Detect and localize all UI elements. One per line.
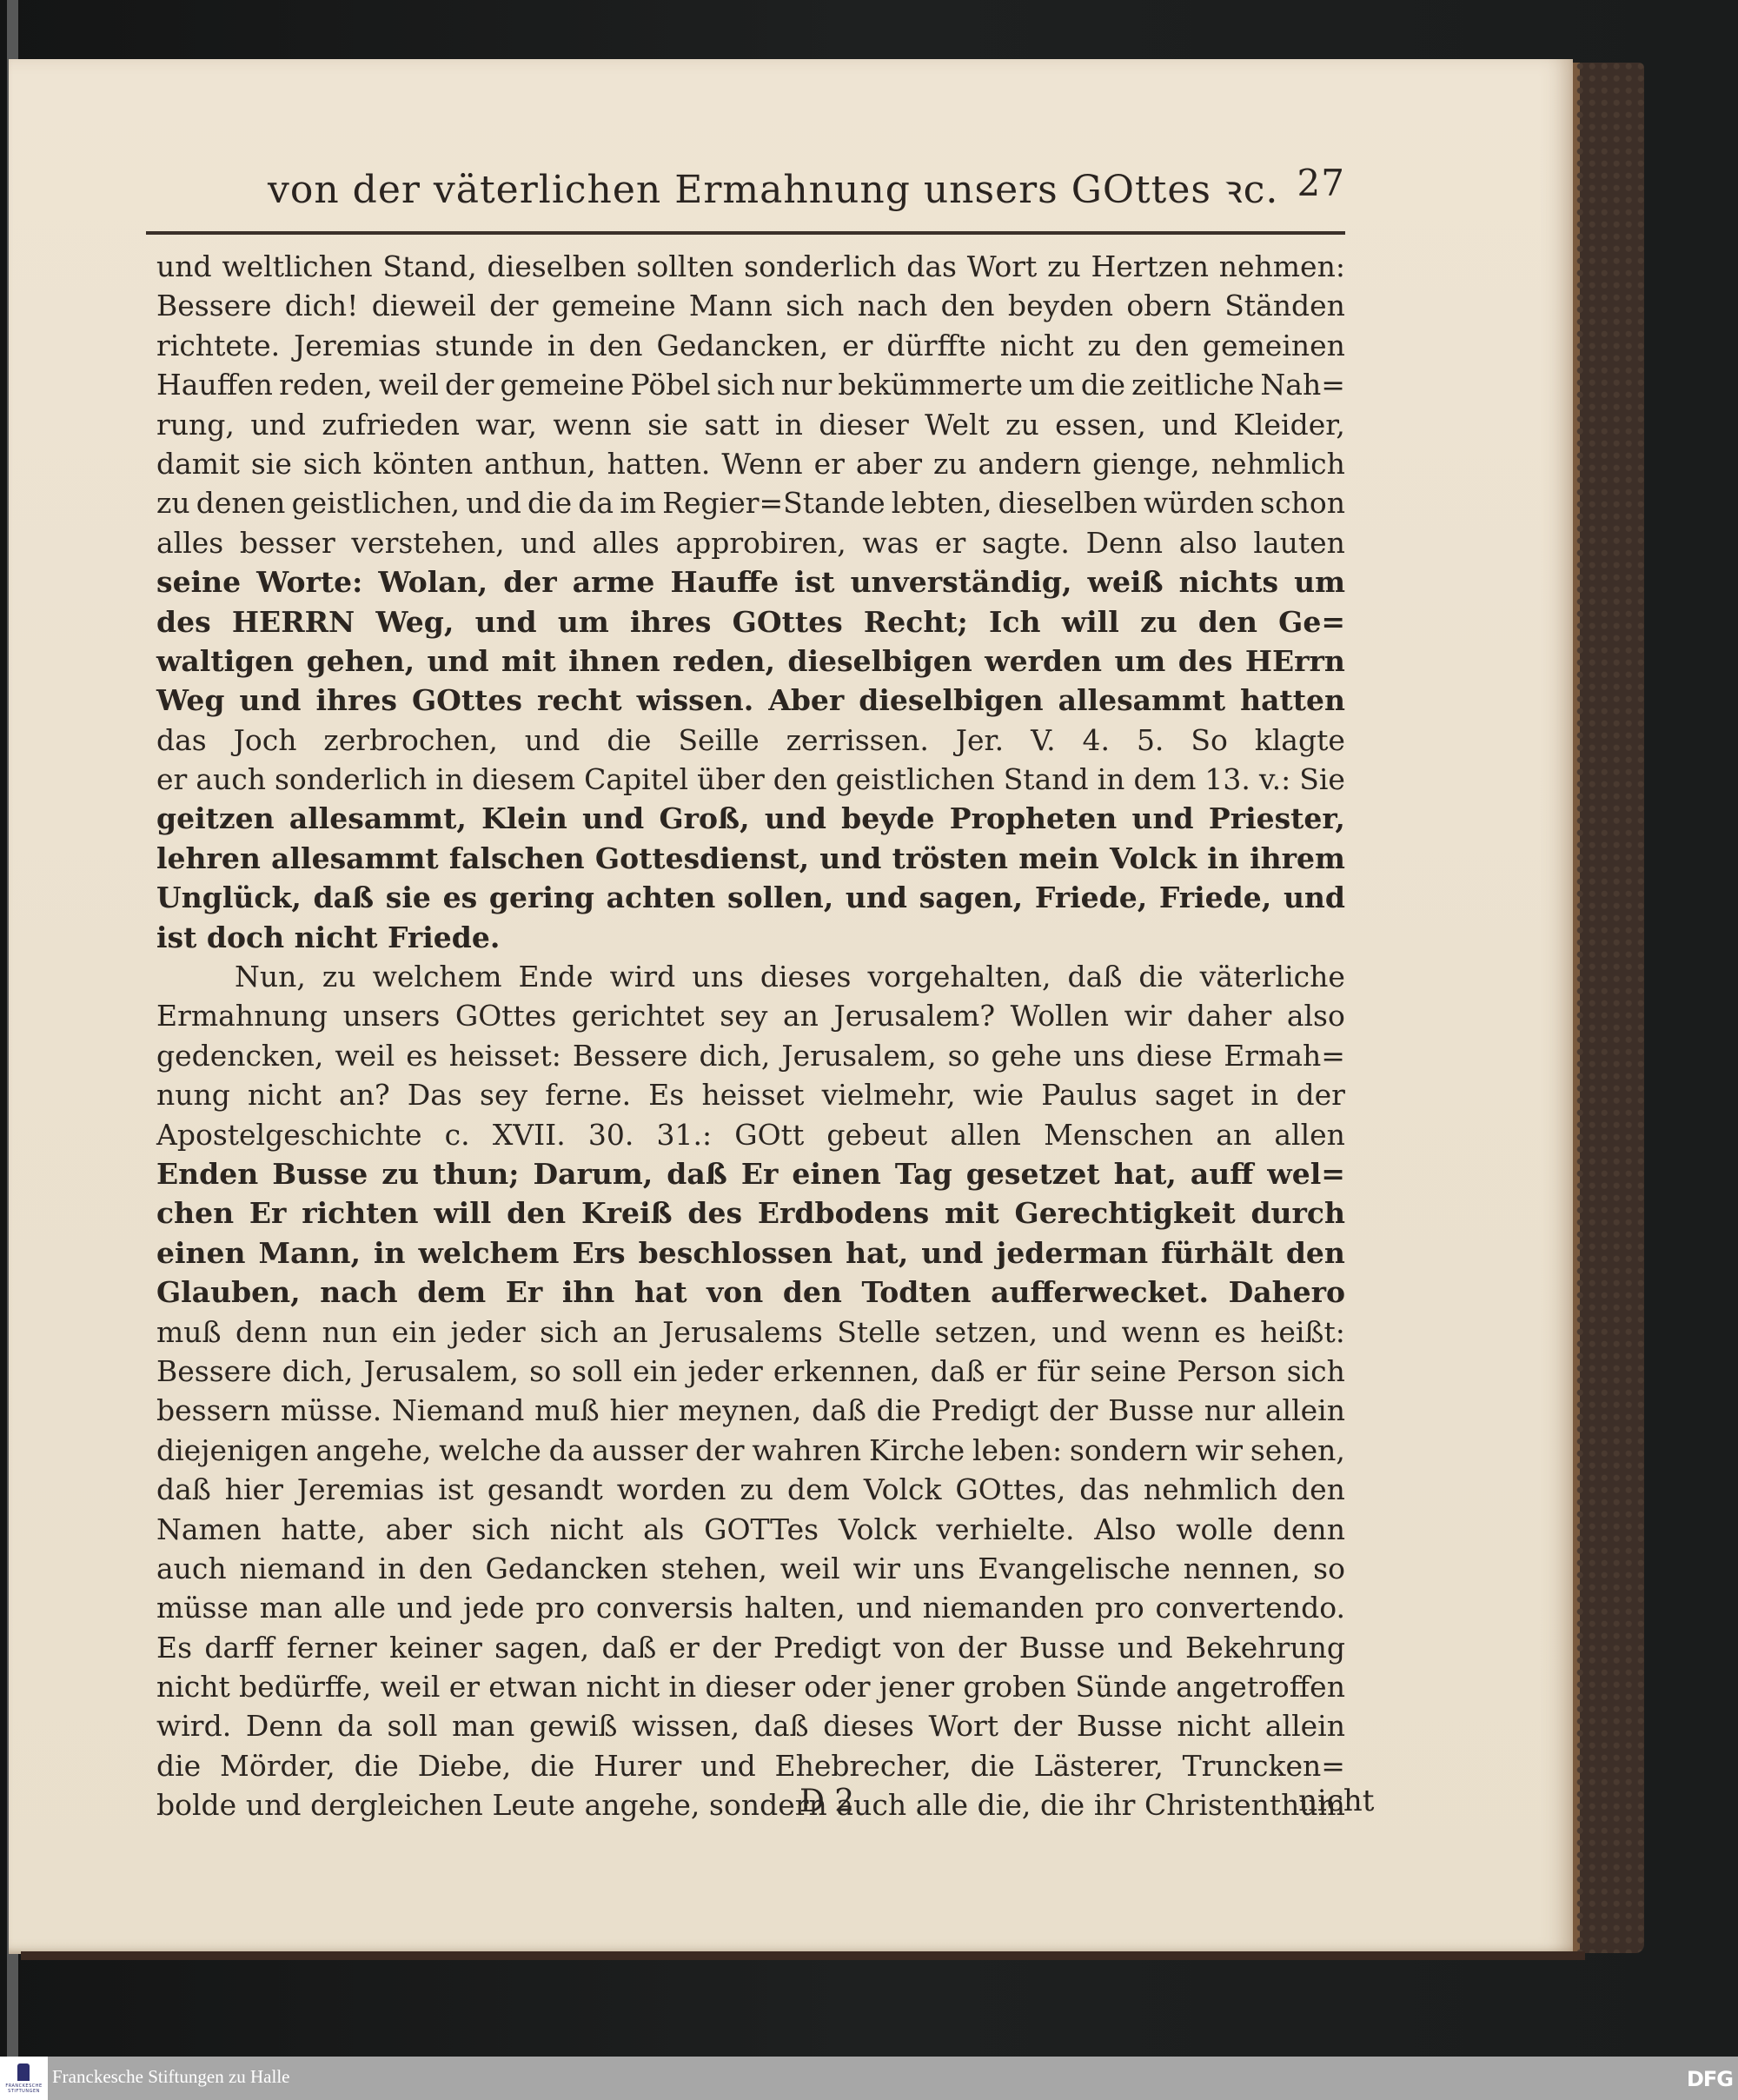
footer-bar: FRANCKESCHE STIFTUNGEN Franckesche Stift… <box>0 2057 1738 2100</box>
text-line: daßhierJeremiasistgesandtwordenzudemVolc… <box>156 1470 1345 1509</box>
text-line: nichtbedürffe,weileretwannichtindieserod… <box>156 1667 1345 1706</box>
text-line: mußdennnuneinjedersichanJerusalemsStelle… <box>156 1312 1345 1352</box>
text-line: boldeunddergleichenLeuteangehe,sondernau… <box>156 1785 1345 1824</box>
text-line: lehrenallesammtfalschenGottesdienst,undt… <box>156 839 1345 878</box>
header-rule <box>146 231 1345 235</box>
text-line: damitsiesichköntenanthun,hatten.Wennerab… <box>156 444 1345 483</box>
book-cover-edge <box>1564 63 1644 1953</box>
text-line: Besseredich!dieweildergemeineMannsichnac… <box>156 286 1345 325</box>
catchword: nicht <box>1298 1784 1374 1818</box>
text-line: gedencken,weilesheisset:Besseredich,Jeru… <box>156 1036 1345 1075</box>
institution-logo[interactable]: FRANCKESCHE STIFTUNGEN <box>0 2057 48 2100</box>
text-line: dieMörder,dieDiebe,dieHurerundEhebrecher… <box>156 1746 1345 1785</box>
text-line: Namenhatte,abersichnichtalsGOTTesVolckve… <box>156 1510 1345 1549</box>
logo-figure-icon <box>17 2063 30 2081</box>
text-line: undweltlichenStand,dieselbensolltensonde… <box>156 247 1345 286</box>
page-number: 27 <box>1297 162 1345 204</box>
body-text: undweltlichenStand,dieselbensolltensonde… <box>156 247 1345 1825</box>
text-line: desHERRNWeg,undumihresGOttesRecht;Ichwil… <box>156 602 1345 641</box>
text-line: EndenBussezuthun;Darum,daßEreinenTaggese… <box>156 1154 1345 1193</box>
text-line: Hauffenreden,weildergemeinePöbelsichnurb… <box>156 365 1345 404</box>
text-line: chenErrichtenwilldenKreißdesErdbodensmit… <box>156 1193 1345 1233</box>
text-line: Besseredich,Jerusalem,sosolleinjedererke… <box>156 1352 1345 1391</box>
text-line: rung,undzufriedenwar,wennsiesattindieser… <box>156 405 1345 444</box>
text-line: bessernmüsse.Niemandmußhiermeynen,daßdie… <box>156 1391 1345 1430</box>
text-line: Nun,zuwelchemEndewirdunsdiesesvorgehalte… <box>156 957 1345 996</box>
text-line: einenMann,inwelchemErsbeschlossenhat,und… <box>156 1233 1345 1273</box>
text-line: Unglück,daßsieesgeringachtensollen,undsa… <box>156 878 1345 917</box>
text-line: dasJochzerbrochen,unddieSeillezerrissen.… <box>156 721 1345 760</box>
text-line: geitzenallesammt,KleinundGroß,undbeydePr… <box>156 799 1345 838</box>
text-line: Esdarfffernerkeinersagen,daßerderPredigt… <box>156 1628 1345 1667</box>
text-line: seineWorte:Wolan,derarmeHauffeistunverst… <box>156 562 1345 601</box>
logo-text: FRANCKESCHE STIFTUNGEN <box>2 2083 46 2094</box>
running-head: von der väterlichen Ermahnung unsers GOt… <box>268 158 1345 210</box>
text-line: allesbesserverstehen,undallesapprobiren,… <box>156 523 1345 562</box>
text-line: Glauben,nachdemErihnhatvondenTodtenauffe… <box>156 1273 1345 1312</box>
text-line: müssemanalleundjedeproconversishalten,un… <box>156 1588 1345 1627</box>
text-line: Apostelgeschichtec.XVII.30.31.:GOttgebeu… <box>156 1115 1345 1154</box>
institution-name: Franckesche Stiftungen zu Halle <box>52 2066 290 2088</box>
text-line: nungnichtan?Dasseyferne.Esheissetvielmeh… <box>156 1075 1345 1114</box>
text-line: istdochnichtFriede. <box>156 918 1345 957</box>
text-line: auchniemandindenGedanckenstehen,weilwiru… <box>156 1549 1345 1588</box>
text-line: waltigengehen,undmitihnenreden,dieselbig… <box>156 641 1345 681</box>
page-bottom-edge <box>21 1951 1585 1960</box>
running-head-title: von der väterlichen Ermahnung unsers GOt… <box>268 162 1278 214</box>
text-line: diejenigenangehe,welchedaausserderwahren… <box>156 1431 1345 1470</box>
signature-mark: D 2 <box>799 1784 854 1819</box>
text-line: zudenengeistlichen,unddiedaimRegier=Stan… <box>156 483 1345 522</box>
text-line: ErmahnungunsersGOttesgerichtetseyanJerus… <box>156 996 1345 1035</box>
dfg-logo[interactable]: DFG <box>1687 2067 1733 2091</box>
text-line: wird.Denndasollmangewißwissen,daßdiesesW… <box>156 1706 1345 1745</box>
text-line: richtete.JeremiasstundeindenGedancken,er… <box>156 326 1345 365</box>
text-line: erauchsonderlichindiesemCapitelüberdenge… <box>156 760 1345 799</box>
text-line: WegundihresGOttesrechtwissen.Aberdieselb… <box>156 681 1345 720</box>
